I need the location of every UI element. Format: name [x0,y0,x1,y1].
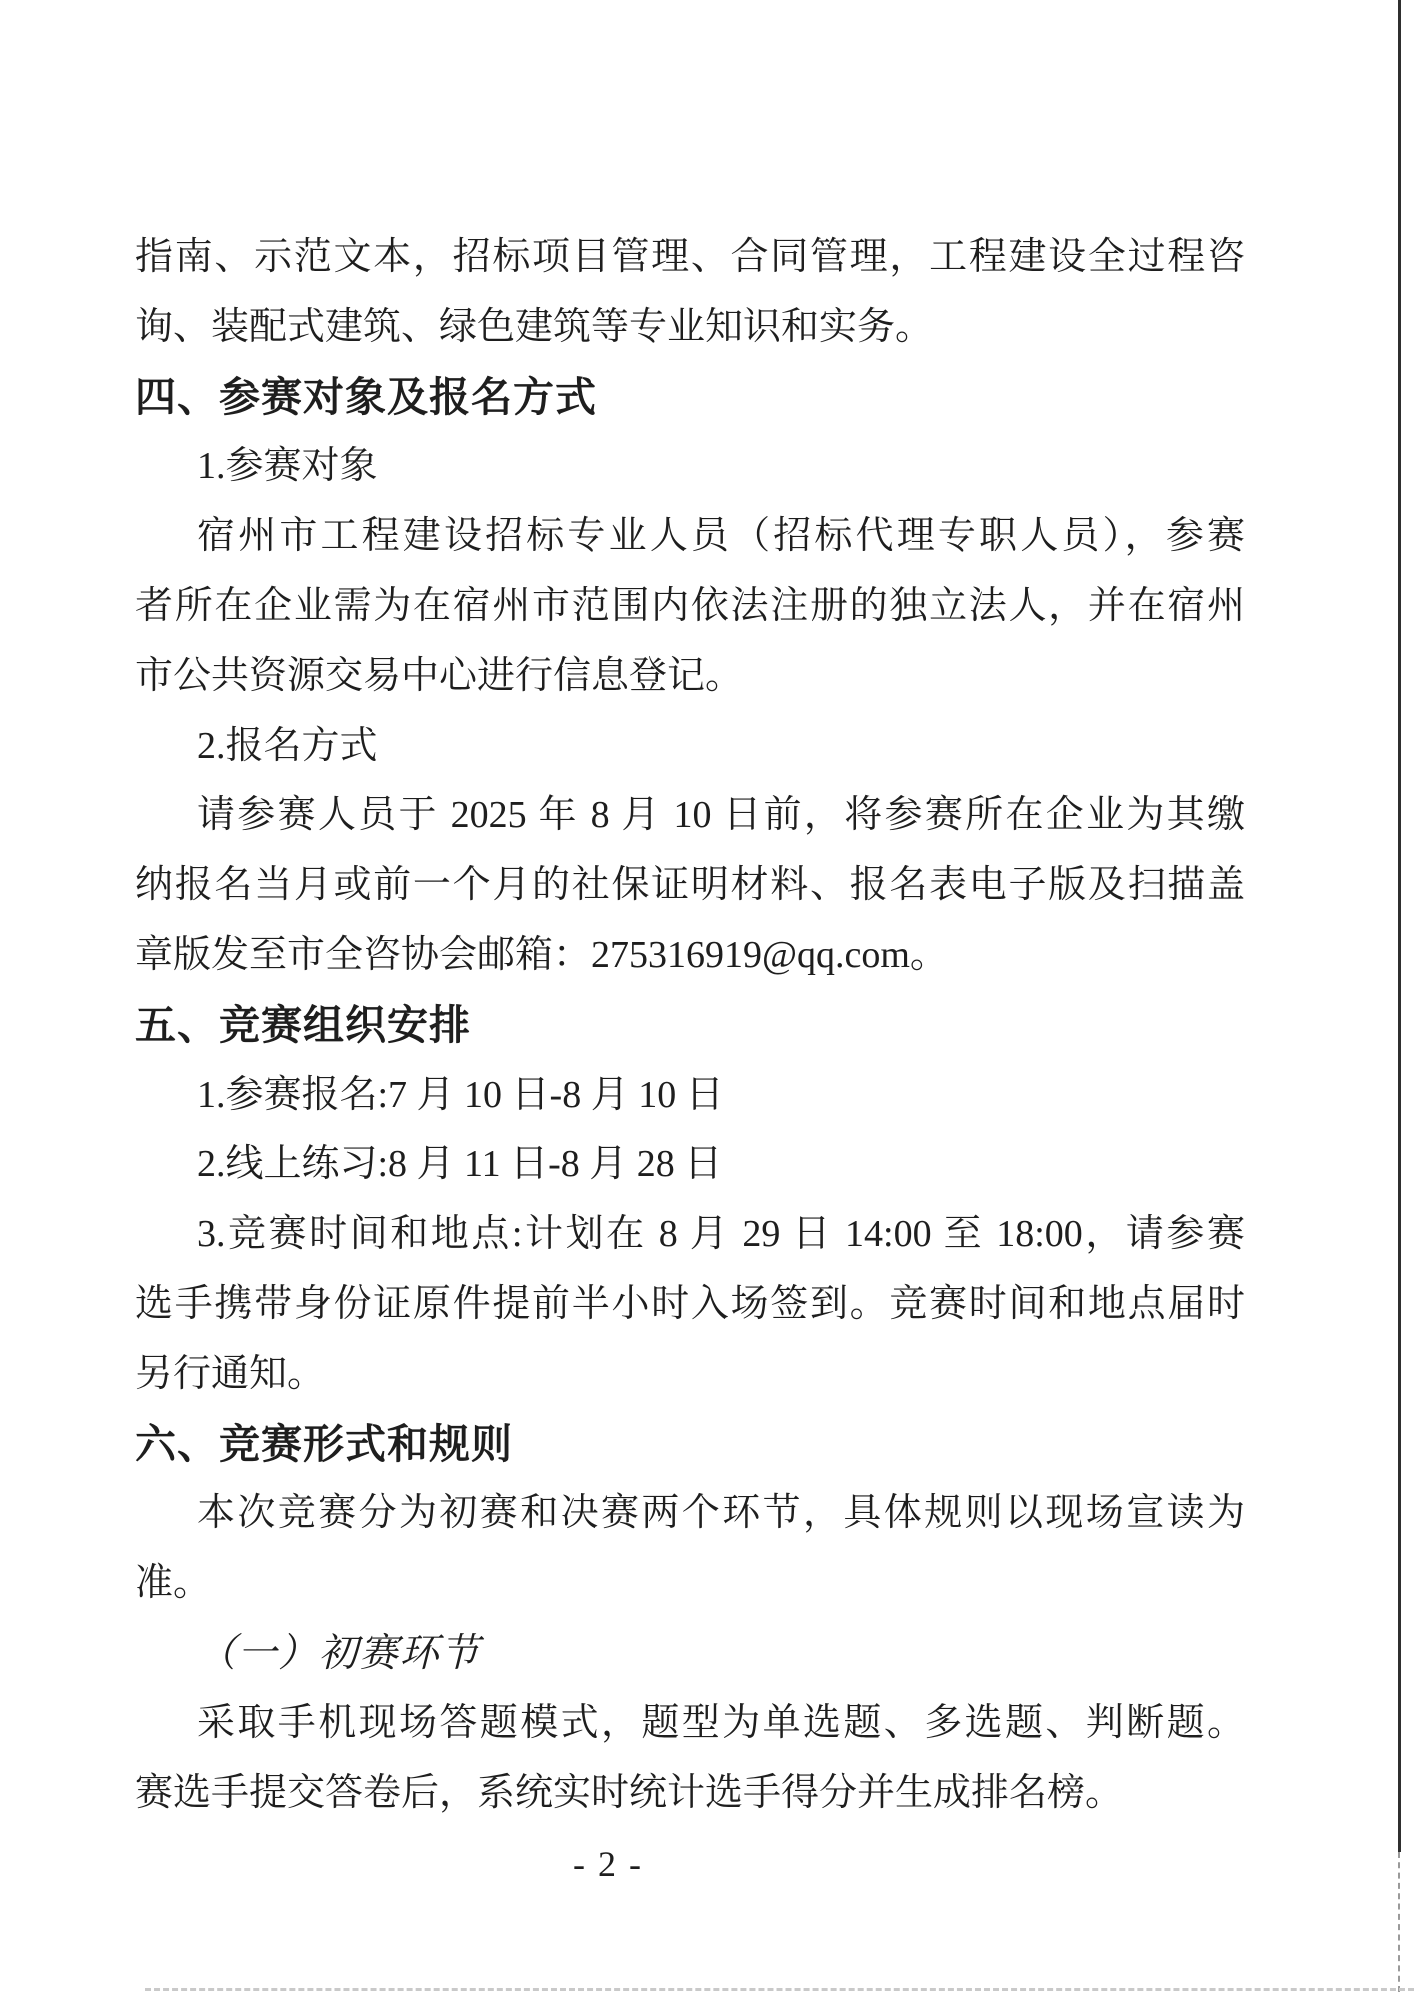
body-line: 章版发至市全咨协会邮箱：275316919@qq.com。 [135,921,1245,991]
body-line: 者所在企业需为在宿州市范围内依法注册的独立法人，并在宿州 [135,572,1245,642]
page-number: - 2 - [135,1828,1245,1900]
body-line: 另行通知。 [135,1340,1245,1410]
scan-bottom-artifact [145,1988,1414,1991]
section-heading-5: 五、竞赛组织安排 [135,991,1245,1061]
body-line: 本次竞赛分为初赛和决赛两个环节，具体规则以现场宣读为 [135,1479,1245,1549]
body-line: 2.线上练习:8 月 11 日-8 月 28 日 [135,1130,1245,1200]
body-line: 请参赛人员于 2025 年 8 月 10 日前，将参赛所在企业为其缴 [135,781,1245,851]
body-line: 询、装配式建筑、绿色建筑等专业知识和实务。 [135,293,1245,363]
body-line: 指南、示范文本，招标项目管理、合同管理，工程建设全过程咨 [135,223,1245,293]
body-line: 3.竞赛时间和地点:计划在 8 月 29 日 14:00 至 18:00，请参赛 [135,1200,1245,1270]
body-line: 准。 [135,1549,1245,1619]
body-line: 纳报名当月或前一个月的社保证明材料、报名表电子版及扫描盖 [135,851,1245,921]
subsection-heading: （一）初赛环节 [135,1619,1245,1689]
body-line: 采取手机现场答题模式，题型为单选题、多选题、判断题。 [135,1689,1245,1759]
scan-edge-line [1398,0,1401,1852]
scan-edge-line-faint [1398,1852,1400,1992]
document-page: 指南、示范文本，招标项目管理、合同管理，工程建设全过程咨 询、装配式建筑、绿色建… [0,0,1414,2000]
section-heading-4: 四、参赛对象及报名方式 [135,363,1245,433]
body-line: 2.报名方式 [135,712,1245,782]
body-line: 赛选手提交答卷后，系统实时统计选手得分并生成排名榜。 [135,1759,1245,1829]
body-line: 选手携带身份证原件提前半小时入场签到。竞赛时间和地点届时 [135,1270,1245,1340]
body-line: 1.参赛报名:7 月 10 日-8 月 10 日 [135,1061,1245,1131]
body-line: 1.参赛对象 [135,432,1245,502]
text-block: 指南、示范文本，招标项目管理、合同管理，工程建设全过程咨 询、装配式建筑、绿色建… [135,223,1245,1900]
body-line: 市公共资源交易中心进行信息登记。 [135,642,1245,712]
section-heading-6: 六、竞赛形式和规则 [135,1410,1245,1480]
body-line: 宿州市工程建设招标专业人员（招标代理专职人员），参赛 [135,502,1245,572]
